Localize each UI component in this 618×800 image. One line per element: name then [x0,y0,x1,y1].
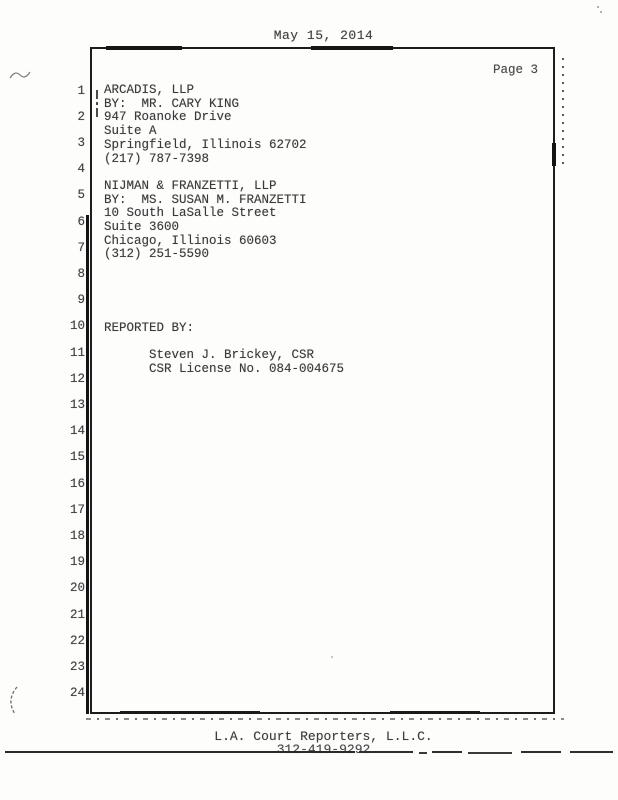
strikethrough-line-dash [570,751,613,753]
line-number: 12 [39,373,85,386]
transcript-line: REPORTED BY: [104,322,344,336]
strikethrough-line-dash [432,751,462,753]
transcript-line: NIJMAN & FRANZETTI, LLP [104,180,307,194]
line-number: 22 [39,635,85,648]
transcript-line: Chicago, Illinois 60603 [104,235,307,249]
transcript-line: Springfield, Illinois 62702 [104,139,307,153]
transcript-line: 947 Roanoke Drive [104,111,307,125]
line-number: 8 [39,268,85,281]
footer-phone: 312-419-9292 [90,742,557,757]
pen-mark-top-left [9,68,35,82]
line-number: 3 [39,137,85,150]
transcript-line: 10 South LaSalle Street [104,207,307,221]
appearances-block: ARCADIS, LLPBY: MR. CARY KING947 Roanoke… [104,84,307,262]
line-number: 6 [39,216,85,229]
line-number: 11 [39,347,85,360]
transcript-line: CSR License No. 084-004675 [104,363,344,377]
line-number: 4 [39,163,85,176]
page-number: Page 3 [493,63,538,77]
line-number: 15 [39,451,85,464]
scan-artifact-top-edge [106,46,182,50]
line-number: 2 [39,111,85,124]
scan-artifact-top-edge [311,46,393,50]
line-number: 9 [39,294,85,307]
scan-artifact-dot [597,6,599,8]
transcript-line: Suite A [104,125,307,139]
transcript-line [104,166,307,180]
transcript-page: May 15, 2014 Page 3 12345678910111213141… [0,0,618,800]
line-number: 1 [39,85,85,98]
transcript-line: BY: MS. SUSAN M. FRANZETTI [104,194,307,208]
scan-artifact-dotted-line [562,58,564,170]
transcript-line: (217) 787-7398 [104,153,307,167]
transcript-line [104,336,344,350]
transcript-line: Steven J. Brickey, CSR [104,349,344,363]
line-number: 21 [39,609,85,622]
line-number: 16 [39,478,85,491]
transcript-line: ARCADIS, LLP [104,84,307,98]
line-number: 24 [39,687,85,700]
strikethrough-line-dash [419,752,427,754]
pen-mark-bottom-left [4,685,22,717]
scan-artifact-tick [96,102,98,105]
line-number: 7 [39,242,85,255]
strikethrough-line-dash [359,751,413,753]
scan-artifact-dot [331,656,333,658]
line-number: 18 [39,530,85,543]
scan-artifact-dot [600,11,602,13]
date-header: May 15, 2014 [90,28,557,43]
line-number: 5 [39,189,85,202]
scan-artifact-left-edge [86,215,89,714]
line-number: 23 [39,661,85,674]
scan-artifact-tick [96,90,98,99]
line-number: 19 [39,556,85,569]
transcript-line: (312) 251-5590 [104,248,307,262]
line-number: 17 [39,504,85,517]
strikethrough-line-dash [521,751,561,753]
reported-by-block: REPORTED BY: Steven J. Brickey, CSR CSR … [104,322,344,377]
scan-artifact-bottom-edge [390,711,480,714]
transcript-line: Suite 3600 [104,221,307,235]
strikethrough-line-dash [468,752,512,754]
line-number: 20 [39,582,85,595]
scan-artifact-smudge [86,718,564,720]
strikethrough-line [5,751,355,753]
line-number: 13 [39,399,85,412]
line-number: 10 [39,320,85,333]
scan-artifact-tick [96,108,98,117]
line-number: 14 [39,425,85,438]
transcript-line: BY: MR. CARY KING [104,98,307,112]
scan-artifact-bottom-edge [120,711,260,714]
scan-artifact-right-edge [552,143,556,166]
